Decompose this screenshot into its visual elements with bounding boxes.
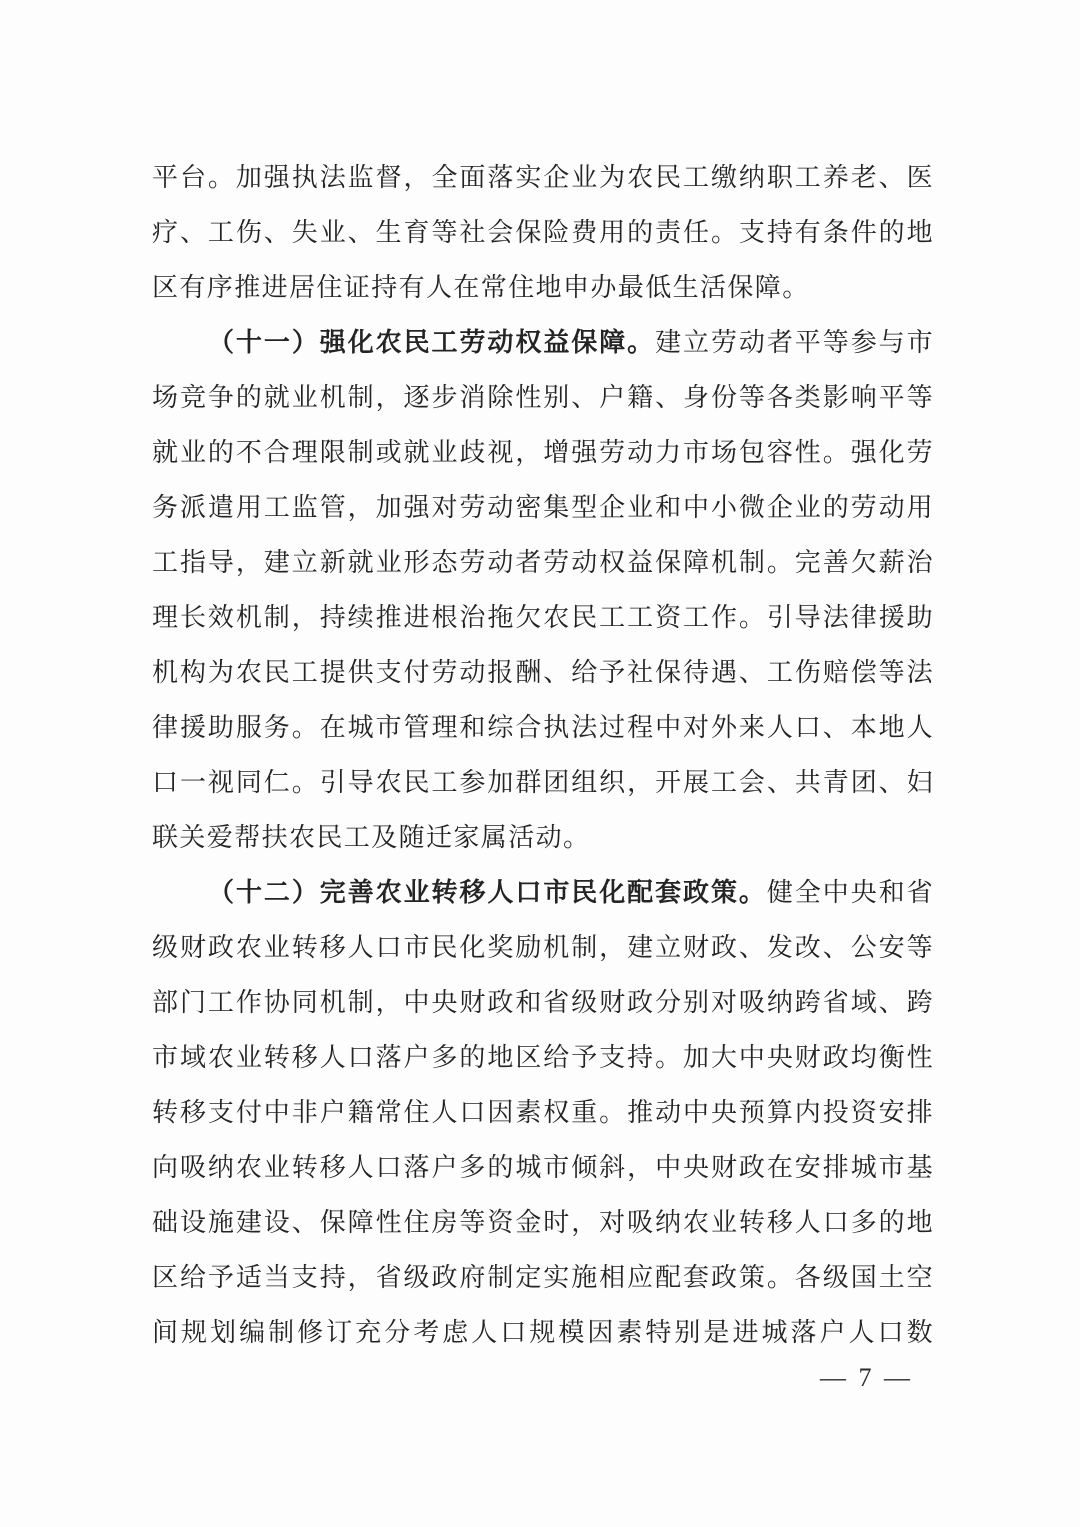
text-line: （十一）强化农民工劳动权益保障。建立劳动者平等参与市: [152, 315, 934, 370]
body-text: 间规划编制修订充分考虑人口规模因素特别是进城落户人口数: [152, 1318, 934, 1347]
document-page: 平台。加强执法监督，全面落实企业为农民工缴纳职工养老、医疗、工伤、失业、生育等社…: [0, 0, 1080, 1527]
body-text: 平台。加强执法监督，全面落实企业为农民工缴纳职工养老、医: [152, 163, 934, 192]
text-line: 平台。加强执法监督，全面落实企业为农民工缴纳职工养老、医: [152, 150, 934, 205]
text-block: 平台。加强执法监督，全面落实企业为农民工缴纳职工养老、医疗、工伤、失业、生育等社…: [152, 150, 934, 1360]
text-line: 律援助服务。在城市管理和综合执法过程中对外来人口、本地人: [152, 700, 934, 755]
body-text: 务派遣用工监管，加强对劳动密集型企业和中小微企业的劳动用: [152, 493, 934, 522]
body-text: 建立劳动者平等参与市: [655, 328, 934, 357]
text-line: 工指导，建立新就业形态劳动者劳动权益保障机制。完善欠薪治: [152, 535, 934, 590]
page-number: — 7 —: [820, 1363, 913, 1392]
body-text: 疗、工伤、失业、生育等社会保险费用的责任。支持有条件的地: [152, 218, 934, 247]
body-text: 理长效机制，持续推进根治拖欠农民工工资工作。引导法律援助: [152, 603, 934, 632]
text-line: 转移支付中非户籍常住人口因素权重。推动中央预算内投资安排: [152, 1085, 934, 1140]
text-line: 向吸纳农业转移人口落户多的城市倾斜，中央财政在安排城市基: [152, 1140, 934, 1195]
text-line: 区有序推进居住证持有人在常住地申办最低生活保障。: [152, 260, 934, 315]
page-footer: — 7 —: [820, 1362, 913, 1394]
text-line: 间规划编制修订充分考虑人口规模因素特别是进城落户人口数: [152, 1305, 934, 1360]
text-line: 级财政农业转移人口市民化奖励机制，建立财政、发改、公安等: [152, 920, 934, 975]
body-text: 向吸纳农业转移人口落户多的城市倾斜，中央财政在安排城市基: [152, 1153, 934, 1182]
body-text: 转移支付中非户籍常住人口因素权重。推动中央预算内投资安排: [152, 1098, 934, 1127]
text-line: 疗、工伤、失业、生育等社会保险费用的责任。支持有条件的地: [152, 205, 934, 260]
text-line: 区给予适当支持，省级政府制定实施相应配套政策。各级国土空: [152, 1250, 934, 1305]
text-line: 联关爱帮扶农民工及随迁家属活动。: [152, 810, 934, 865]
body-text: 区有序推进居住证持有人在常住地申办最低生活保障。: [152, 273, 810, 302]
body-text: 健全中央和省: [767, 878, 934, 907]
text-line: 口一视同仁。引导农民工参加群团组织，开展工会、共青团、妇: [152, 755, 934, 810]
text-line: 部门工作协同机制，中央财政和省级财政分别对吸纳跨省域、跨: [152, 975, 934, 1030]
text-line: 理长效机制，持续推进根治拖欠农民工工资工作。引导法律援助: [152, 590, 934, 645]
body-text: 机构为农民工提供支付劳动报酬、给予社保待遇、工伤赔偿等法: [152, 658, 934, 687]
body-text: 就业的不合理限制或就业歧视，增强劳动力市场包容性。强化劳: [152, 438, 934, 467]
text-line: 务派遣用工监管，加强对劳动密集型企业和中小微企业的劳动用: [152, 480, 934, 535]
body-text: 级财政农业转移人口市民化奖励机制，建立财政、发改、公安等: [152, 933, 934, 962]
body-text: 场竞争的就业机制，逐步消除性别、户籍、身份等各类影响平等: [152, 383, 934, 412]
body-text: 联关爱帮扶农民工及随迁家属活动。: [152, 823, 590, 852]
body-text: 市域农业转移人口落户多的地区给予支持。加大中央财政均衡性: [152, 1043, 934, 1072]
section-heading-text: （十二）完善农业转移人口市民化配套政策。: [208, 878, 767, 907]
section-heading-text: （十一）强化农民工劳动权益保障。: [208, 328, 655, 357]
body-text: 础设施建设、保障性住房等资金时，对吸纳农业转移人口多的地: [152, 1208, 934, 1237]
text-line: 础设施建设、保障性住房等资金时，对吸纳农业转移人口多的地: [152, 1195, 934, 1250]
text-line: 机构为农民工提供支付劳动报酬、给予社保待遇、工伤赔偿等法: [152, 645, 934, 700]
body-text: 部门工作协同机制，中央财政和省级财政分别对吸纳跨省域、跨: [152, 988, 934, 1017]
body-text: 区给予适当支持，省级政府制定实施相应配套政策。各级国土空: [152, 1263, 934, 1292]
text-line: 市域农业转移人口落户多的地区给予支持。加大中央财政均衡性: [152, 1030, 934, 1085]
text-line: （十二）完善农业转移人口市民化配套政策。健全中央和省: [152, 865, 934, 920]
body-text: 工指导，建立新就业形态劳动者劳动权益保障机制。完善欠薪治: [152, 548, 934, 577]
body-text: 口一视同仁。引导农民工参加群团组织，开展工会、共青团、妇: [152, 768, 934, 797]
text-line: 场竞争的就业机制，逐步消除性别、户籍、身份等各类影响平等: [152, 370, 934, 425]
body-text: 律援助服务。在城市管理和综合执法过程中对外来人口、本地人: [152, 713, 934, 742]
text-line: 就业的不合理限制或就业歧视，增强劳动力市场包容性。强化劳: [152, 425, 934, 480]
